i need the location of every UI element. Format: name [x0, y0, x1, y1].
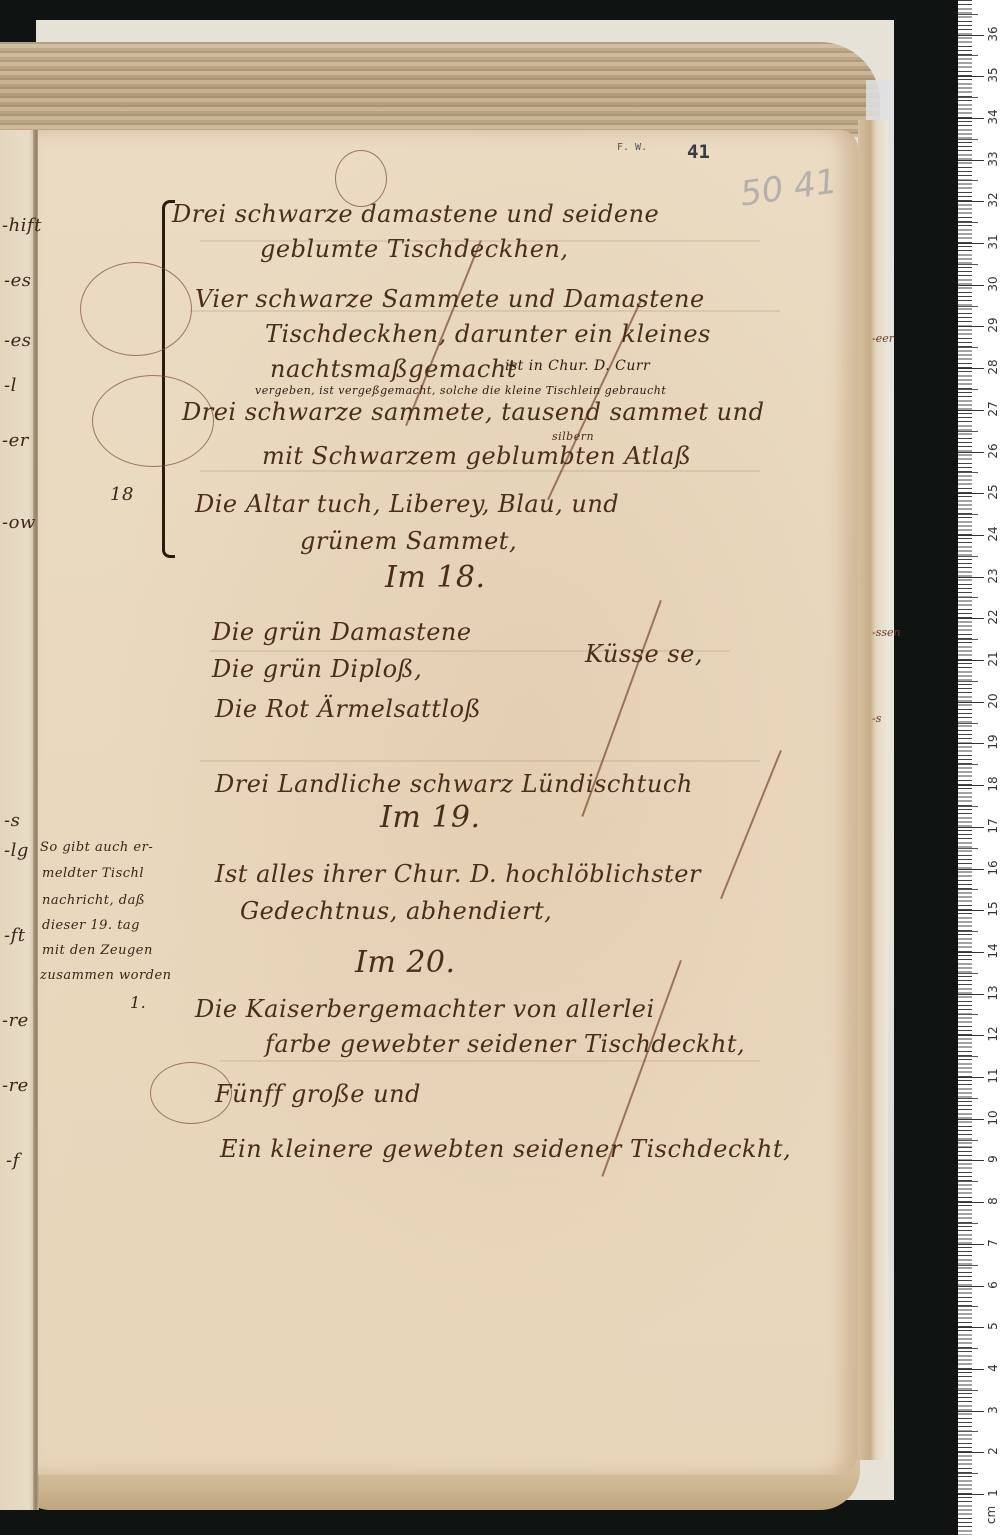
ruler-label: 36 [986, 25, 1000, 43]
entry-line: Vier schwarze Sammete und Damastene [195, 285, 705, 313]
ruler-label: 15 [986, 900, 1000, 918]
margin-note-line: zusammen worden [40, 968, 172, 983]
section-line: Ein kleinere gewebten seidener Tischdeck… [220, 1135, 791, 1163]
entry-line: Die Altar tuch, Liberey, Blau, und [195, 490, 619, 518]
ruler-half-tick [958, 389, 978, 390]
ruler-major-tick [958, 618, 984, 619]
ruler-label: 22 [986, 608, 1000, 626]
margin-note-line: nachricht, daß [42, 893, 145, 908]
ruler-half-tick [958, 1181, 978, 1182]
margin-note-line: mit den Zeugen [42, 943, 153, 958]
ruler-half-tick [958, 1306, 978, 1307]
ruler-half-tick [958, 723, 978, 724]
edge-fragment: -s [872, 712, 881, 725]
ruler-half-tick [958, 1265, 978, 1266]
ruler-major-tick [958, 702, 984, 703]
ruler-label: 19 [986, 733, 1000, 751]
ruler-major-tick [958, 1411, 984, 1412]
ruler-major-tick [958, 1286, 984, 1287]
ruler-major-tick [958, 994, 984, 995]
ruler-half-tick [958, 1140, 978, 1141]
ruler-major-tick [958, 1160, 984, 1161]
ruler-half-tick [958, 97, 978, 98]
margin-note-line: meldter Tischl [42, 866, 144, 881]
section-line: Die Rot Ärmelsattloß [215, 695, 481, 723]
ruler-major-tick [958, 35, 984, 36]
ruler-half-tick [958, 431, 978, 432]
bleed-through [220, 1060, 760, 1062]
ruler-label: 4 [986, 1359, 1000, 1377]
ruler-major-tick [958, 1327, 984, 1328]
section-line: farbe gewebter seidener Tischdeckht, [265, 1030, 745, 1058]
ruler-major-tick [958, 201, 984, 202]
ruler-major-tick [958, 535, 984, 536]
left-page-fragment: -l [4, 375, 17, 396]
page-fore-edge [858, 120, 888, 1460]
ruler-major-tick [958, 1494, 984, 1495]
ruler-half-tick [958, 139, 978, 140]
ruler-half-tick [958, 1223, 978, 1224]
ruler-label: 9 [986, 1150, 1000, 1168]
ruler-label: 26 [986, 442, 1000, 460]
ruler-major-tick [958, 952, 984, 953]
ruler-label: 35 [986, 66, 1000, 84]
ruler-label: 21 [986, 650, 1000, 668]
ruler-half-tick [958, 764, 978, 765]
brace-note: Küsse se, [585, 640, 703, 668]
entry-line: Drei schwarze damastene und seidene [172, 200, 659, 228]
flourish-loop [80, 262, 192, 356]
ruler-label: 7 [986, 1234, 1000, 1252]
ruler-half-tick [958, 848, 978, 849]
ruler-label: 20 [986, 692, 1000, 710]
ruler-major-tick [958, 785, 984, 786]
book-top-edge [0, 42, 880, 137]
ruler-label: 18 [986, 775, 1000, 793]
ruler-half-tick [958, 681, 978, 682]
ruler-label: 25 [986, 483, 1000, 501]
ruler-half-tick [958, 1390, 978, 1391]
ruler-major-tick [958, 910, 984, 911]
entry-line: Tischdeckhen, darunter ein kleines [265, 320, 711, 348]
margin-note-line: So gibt auch er- [40, 840, 153, 855]
ruler-half-tick [958, 639, 978, 640]
ruler-label: 14 [986, 942, 1000, 960]
ruler-major-tick [958, 452, 984, 453]
ruler-half-tick [958, 514, 978, 515]
ruler-half-tick [958, 1056, 978, 1057]
ruler-label: 23 [986, 567, 1000, 585]
left-page-fragment: -s [4, 810, 20, 831]
ruler-major-tick [958, 1119, 984, 1120]
ruler-half-tick [958, 889, 978, 890]
ruler-major-tick [958, 118, 984, 119]
ruler-label: 12 [986, 1025, 1000, 1043]
section-line: Die grün Diploß, [212, 655, 422, 683]
ruler-major-tick [958, 1035, 984, 1036]
left-page-fragment: -er [2, 430, 29, 451]
ruler-label: 31 [986, 233, 1000, 251]
left-page-fragment: -re [2, 1075, 29, 1096]
measurement-ruler: 1234567891011121314151617181920212223242… [956, 0, 1000, 1535]
ruler-label: 13 [986, 984, 1000, 1002]
ruler-ticks [958, 0, 972, 1535]
ruler-label: 8 [986, 1192, 1000, 1210]
ruler-major-tick [958, 160, 984, 161]
ruler-label: 32 [986, 191, 1000, 209]
ruler-half-tick [958, 1473, 978, 1474]
ruler-half-tick [958, 1098, 978, 1099]
ruler-major-tick [958, 869, 984, 870]
ruler-half-tick [958, 55, 978, 56]
entry-line: Drei schwarze sammete, tausend sammet un… [182, 398, 764, 426]
ruler-half-tick [958, 222, 978, 223]
ruler-half-tick [958, 14, 978, 15]
ruler-half-tick [958, 1348, 978, 1349]
ruler-half-tick [958, 472, 978, 473]
entry-line: nachtsmaßgemacht [270, 355, 517, 383]
ruler-major-tick [958, 243, 984, 244]
left-page-fragment: -lg [4, 840, 29, 861]
ruler-half-tick [958, 597, 978, 598]
ruler-major-tick [958, 493, 984, 494]
ruler-half-tick [958, 264, 978, 265]
section-line: Die grün Damastene [212, 618, 472, 646]
ruler-label: 6 [986, 1276, 1000, 1294]
ruler-major-tick [958, 1202, 984, 1203]
margin-number: 18 [110, 484, 134, 505]
ruler-half-tick [958, 931, 978, 932]
bleed-through [200, 760, 760, 762]
ruler-major-tick [958, 1369, 984, 1370]
ruler-unit: cm [984, 1506, 998, 1524]
ruler-half-tick [958, 1014, 978, 1015]
ruler-major-tick [958, 1077, 984, 1078]
edge-fragment: -eer [872, 332, 894, 345]
ruler-label: 29 [986, 316, 1000, 334]
ruler-major-tick [958, 1452, 984, 1453]
ruler-half-tick [958, 347, 978, 348]
ruler-label: 10 [986, 1109, 1000, 1127]
interlinear-note: vergeben, ist vergeßgemacht, solche die … [255, 384, 666, 397]
section-line: Fünff große und [215, 1080, 421, 1108]
left-page-fragment: -re [2, 1010, 29, 1031]
margin-note-line: dieser 19. tag [42, 918, 140, 933]
left-page-fragment: -es [4, 330, 31, 351]
edge-fragment: -ssen [872, 626, 901, 639]
left-page-fragment: -ow [2, 512, 36, 533]
archive-stamp: F. W. [617, 143, 647, 153]
ruler-major-tick [958, 285, 984, 286]
ruler-half-tick [958, 1431, 978, 1432]
margin-number: 1. [130, 993, 146, 1012]
ruler-label: 11 [986, 1067, 1000, 1085]
section-line: Ist alles ihrer Chur. D. hochlöblichster [215, 860, 701, 888]
entry-annotation: ist in Chur. D. Curr [505, 358, 650, 374]
ruler-major-tick [958, 577, 984, 578]
ruler-major-tick [958, 827, 984, 828]
left-page-fragment: -f [6, 1150, 20, 1171]
ruler-label: 28 [986, 358, 1000, 376]
ruler-label: 5 [986, 1317, 1000, 1335]
ruler-label: 3 [986, 1401, 1000, 1419]
ruler-half-tick [958, 180, 978, 181]
left-page-fragment: -ft [4, 925, 25, 946]
folio-number: 41 [687, 141, 710, 163]
left-page-fragment: -es [4, 270, 31, 291]
ruler-major-tick [958, 1244, 984, 1245]
ruler-label: 33 [986, 150, 1000, 168]
ruler-label: 2 [986, 1442, 1000, 1460]
ruler-label: 16 [986, 859, 1000, 877]
section-heading: Im 18. [385, 560, 486, 595]
ruler-label: 30 [986, 275, 1000, 293]
entry-line: mit Schwarzem geblumbten Atlaß [262, 442, 691, 470]
section-line: Drei Landliche schwarz Lündischtuch [215, 770, 693, 798]
ruler-half-tick [958, 556, 978, 557]
ruler-half-tick [958, 806, 978, 807]
section-line: Gedechtnus, abhendiert, [240, 897, 552, 925]
ruler-major-tick [958, 76, 984, 77]
left-page-fragment: -hift [2, 215, 42, 236]
ruler-major-tick [958, 743, 984, 744]
section-heading: Im 20. [355, 945, 456, 980]
section-heading: Im 19. [380, 800, 481, 835]
ruler-major-tick [958, 410, 984, 411]
bleed-through [200, 470, 760, 472]
ruler-label: 1 [986, 1484, 1000, 1502]
ruler-label: 17 [986, 817, 1000, 835]
entry-line: geblumte Tischdeckhen, [260, 235, 569, 263]
section-line: Die Kaiserbergemachter von allerlei [195, 995, 655, 1023]
ruler-major-tick [958, 660, 984, 661]
ruler-half-tick [958, 306, 978, 307]
ruler-label: 34 [986, 108, 1000, 126]
ruler-label: 24 [986, 525, 1000, 543]
ruler-major-tick [958, 368, 984, 369]
ruler-half-tick [958, 973, 978, 974]
ruler-major-tick [958, 326, 984, 327]
flourish-loop [335, 150, 387, 207]
ruler-label: 27 [986, 400, 1000, 418]
entry-line: grünem Sammet, [300, 527, 517, 555]
